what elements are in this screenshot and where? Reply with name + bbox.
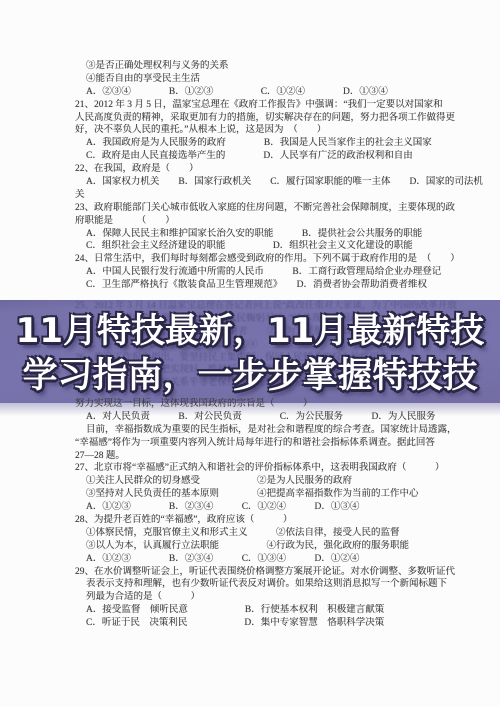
question-line: 目前，幸福指数成为重要的民生指标，是对社会和谐程度的综合考查。国家统计局透露， — [0, 424, 500, 437]
question-line: 列最为合适的是（ ） — [0, 591, 500, 604]
question-line: 24、日常生活中，我们每时每刻都会感受到政府的作用。下列不属于政府作用的是 （ … — [0, 253, 500, 266]
question-line: 人民高度负责的精神，采取更加有力的措施，切实解决存在的问题，努力把各项工作做得更 — [0, 112, 500, 125]
question-line: 好，决不辜负人民的重托。”从根本上说，这是因为 （ ） — [0, 124, 500, 137]
banner-title: 11月特技最新，11月最新特技 学习指南，一步步掌握特技技 — [0, 300, 500, 403]
title-banner: 25、2012 年 3 月 14 日温家宝总理在答记者问上说“政改任重对大家谈，… — [0, 300, 500, 403]
question-line: 表表示支持和理解，也有少数听证代表反对调价。如果给这则消息拟写一个新闻标题下 — [0, 578, 500, 591]
question-line: “幸福感”将作为一项重要内容列入统计局每年进行的和谐社会指标体系调查。据此回答 — [0, 437, 500, 450]
question-line: A．中国人民银行发行流通中所需的人民币 B．工商行政管理局给企业办理登记 — [0, 266, 500, 279]
question-line: 府职能是 （ ） — [0, 215, 500, 228]
question-line: A．对人民负责 B．对公民负责 C．为公民服务 D．为人民服务 — [0, 411, 500, 424]
question-line: 28、为提升老百姓的“幸福感”，政府应该（ ） — [0, 514, 500, 527]
question-line: A．国家权力机关 B．国家行政机关 C．履行国家职能的唯一主体 D．国家的司法机 — [0, 176, 500, 189]
question-line: C．卫生部严格执行《散装食品卫生管理规范》 D．消费者协会帮助消费者维权 — [0, 279, 500, 292]
question-line: 21、2012 年 3 月 5 日，温家宝总理在《政府工作报告》中强调：“我们一… — [0, 99, 500, 112]
question-line: 23、政府职能部门关心城市低收入家庭的住房问题，不断完善社会保障制度，主要体现的… — [0, 202, 500, 215]
question-line: C．听证于民 决策利民 D．集中专家智慧 恪职科学决策 — [0, 617, 500, 630]
question-line: ①体察民情，克服官僚主义和形式主义 ②依法自律，接受人民的监督 — [0, 527, 500, 540]
question-line: A．②③④ B．①②③ C．①②④ D．①③④ — [0, 86, 500, 99]
question-line: 29、在水价调整听证会上，听证代表围绕价格调整方案展开论证。对水价调整、多数听证… — [0, 566, 500, 579]
question-line: 努力实现这一目标，这体现我国政府的宗旨是（ ） — [0, 398, 500, 411]
question-line: C．政府是由人民直接选举产生的 D．人民享有广泛的政治权利和自由 — [0, 150, 500, 163]
question-line: ③以人为本，认真履行立法职能 ④行政为民，强化政府的服务职能 — [0, 540, 500, 553]
question-line: A．保障人民民主和维护国家长治久安的职能 B．提供社会公共服务的职能 — [0, 228, 500, 241]
question-line: A．接受监督 倾听民意 B．行使基本权利 积极建言献策 — [0, 604, 500, 617]
question-line: C．组织社会主义经济建设的职能 D．组织社会主义文化建设的职能 — [0, 240, 500, 253]
question-line: 22、在我国，政府是（ ） — [0, 163, 500, 176]
question-line: ①关注人民群众的切身感受 ②是为人民服务的政府 — [0, 475, 500, 488]
exam-questions-upper-block: ③是否正确处理权利与义务的关系④能否自由的享受民主生活A．②③④ B．①②③ C… — [0, 60, 500, 292]
question-line: 27、北京市将“幸福感”正式纳入和谐社会的评价指标体系中，这表明我国政府（ ） — [0, 462, 500, 475]
scanned-exam-page: ③是否正确处理权利与义务的关系④能否自由的享受民主生活A．②③④ B．①②③ C… — [0, 0, 500, 707]
banner-title-line-2: 学习指南，一步步掌握特技技 — [22, 355, 477, 397]
exam-questions-lower-block: 努力实现这一目标，这体现我国政府的宗旨是（ ）A．对人民负责 B．对公民负责 C… — [0, 398, 500, 630]
question-line: 关 — [0, 189, 500, 202]
question-line: A．我国政府是为人民服务的政府 B．我国是人民当家作主的社会主义国家 — [0, 137, 500, 150]
banner-title-line-1: 11月特技最新，11月最新特技 — [16, 310, 485, 352]
question-line: A．①②③ B．②③④ C．①②④ D．①③④ — [0, 501, 500, 514]
question-line: ④能否自由的享受民主生活 — [0, 73, 500, 86]
question-line: 27—28 题。 — [0, 450, 500, 463]
question-line: ③坚持对人民负责任的基本原则 ④把提高幸福指数作为当前的工作中心 — [0, 488, 500, 501]
question-line: A．①②③ B．②③④ C．①③④ D．①②④ — [0, 553, 500, 566]
question-line: ③是否正确处理权利与义务的关系 — [0, 60, 500, 73]
